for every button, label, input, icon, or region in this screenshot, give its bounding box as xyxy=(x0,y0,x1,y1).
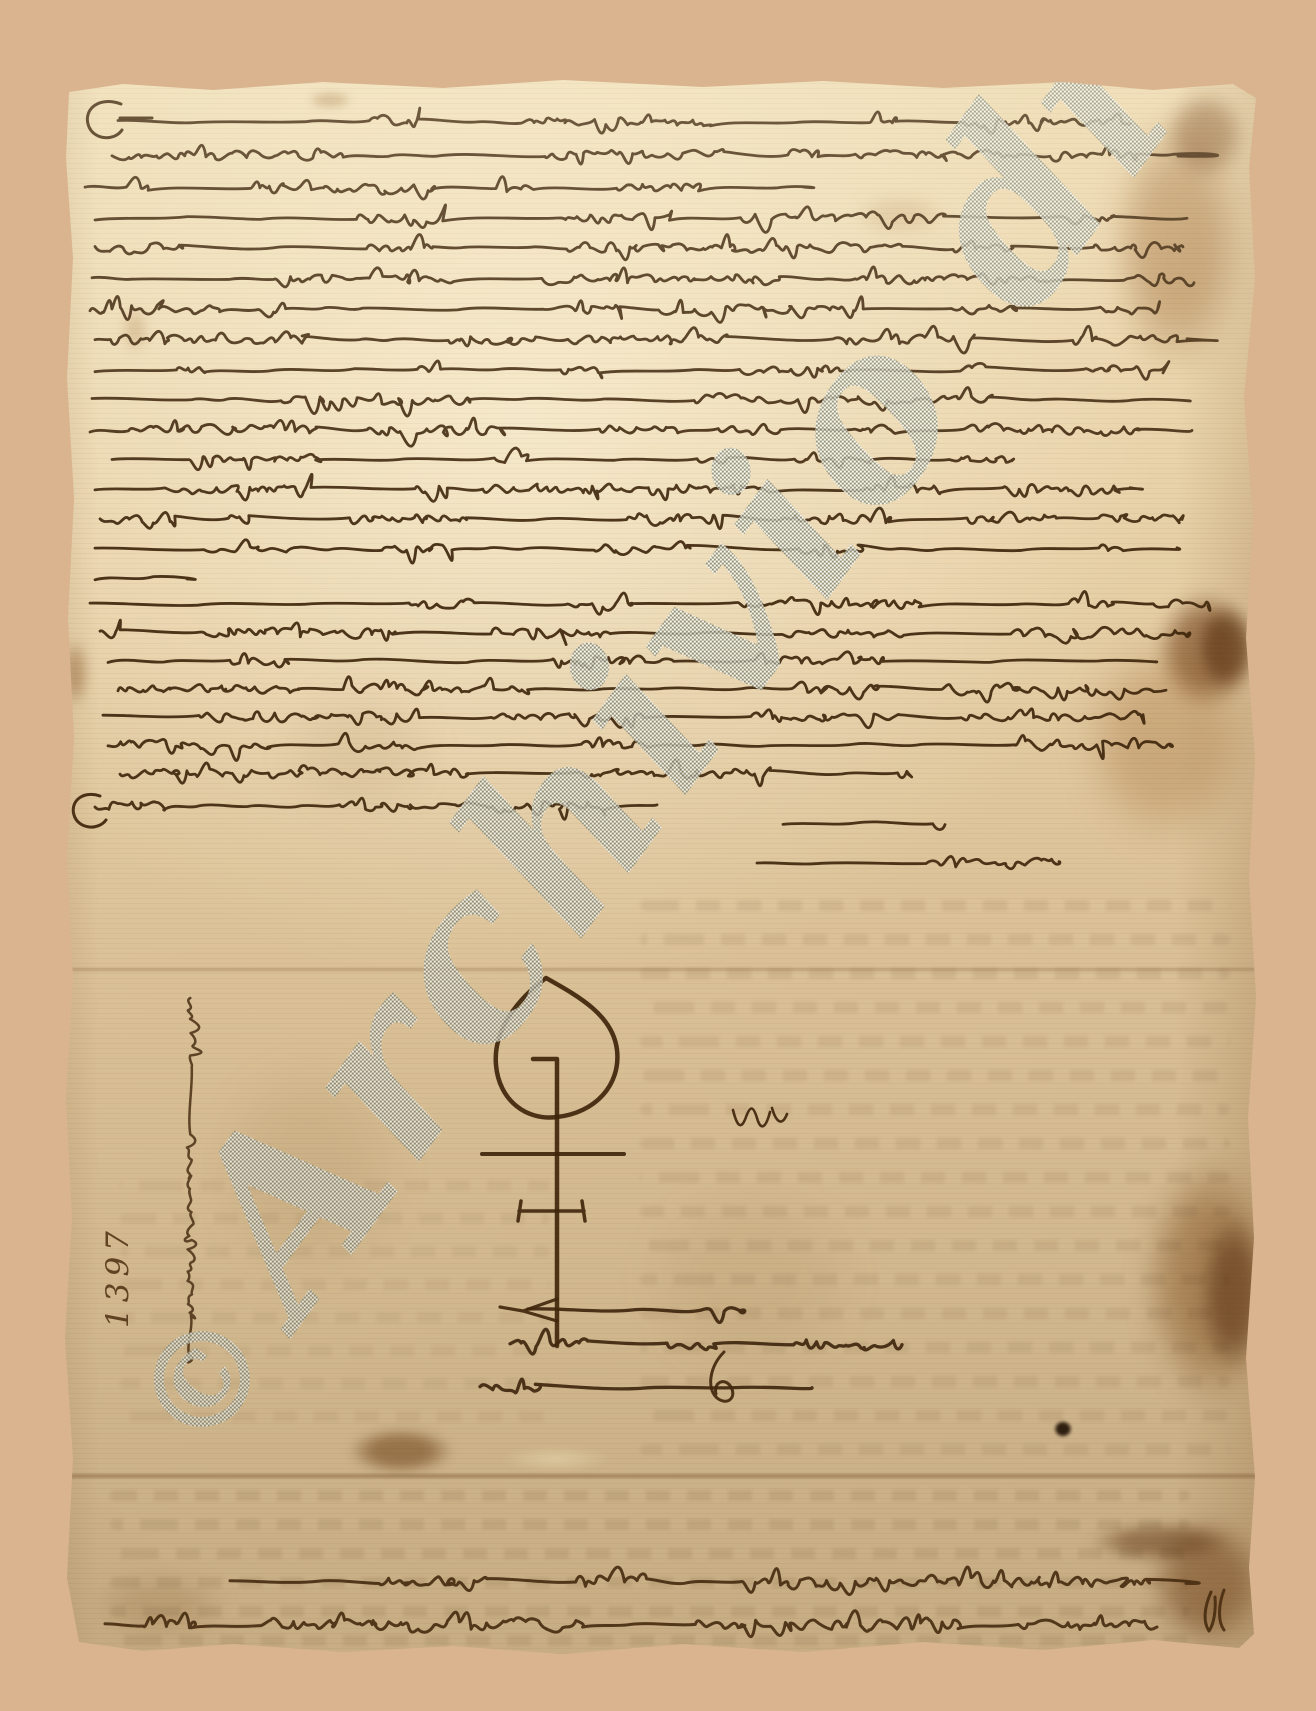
paper-vignette xyxy=(63,78,1260,1656)
scanned-letter-photo: 1397 ©Archivio di Stato di Prato xyxy=(0,0,1316,1711)
manuscript-page: 1397 ©Archivio di Stato di Prato xyxy=(63,78,1260,1656)
page-coordinate-frame: 1397 ©Archivio di Stato di Prato xyxy=(0,0,1316,1711)
